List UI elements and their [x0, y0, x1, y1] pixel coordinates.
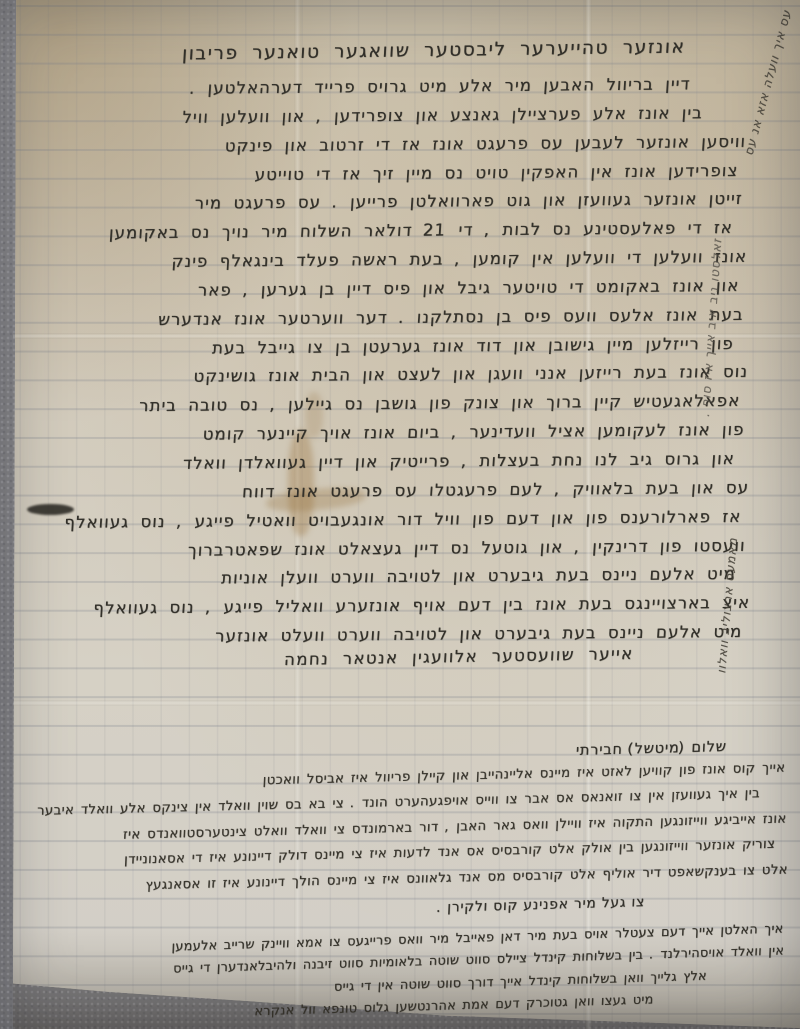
letter-body: דיין בריוול האבען מיר אלע מיט גרויס פריי…: [23, 70, 750, 653]
second-section-body: אייך קוס אונז פון קוויען לאזט איז מיינס …: [7, 756, 788, 902]
letter-photo: אונזער טהייערער ליבסטער שוואגער טואנער פ…: [0, 0, 800, 1029]
